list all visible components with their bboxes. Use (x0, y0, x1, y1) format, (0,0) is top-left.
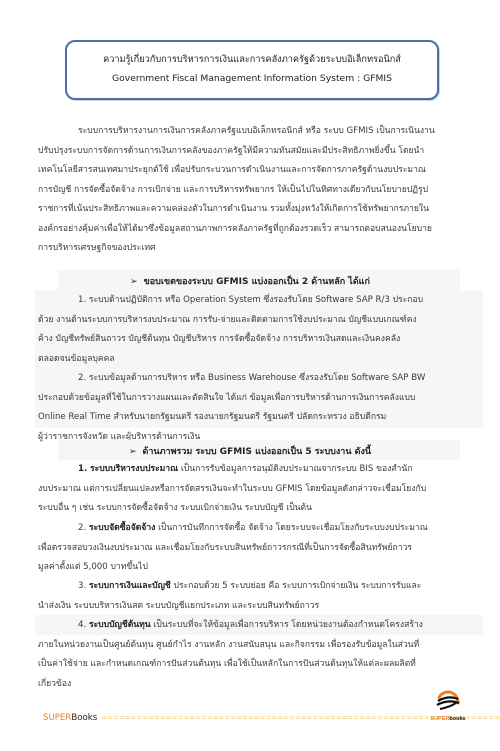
section2-heading-text: ด้านภาพรวม ระบบ GFMIS แบ่งออกเป็น 5 ระบบ… (143, 447, 371, 457)
system-item-text: เป็นการบันทึกการจัดซื้อ จัดจ้าง โดยระบบจ… (158, 523, 428, 533)
system-item-text: ประกอบด้วย 5 ระบบย่อย คือ ระบบการเบิกจ่า… (174, 581, 422, 591)
title-thai: ความรู้เกี่ยวกับการบริหารการเงินและการคล… (67, 52, 437, 67)
section2-heading: ➢ด้านภาพรวม ระบบ GFMIS แบ่งออกเป็น 5 ระบ… (0, 444, 500, 458)
system-item-line: งบประมาณ แต่การเปลี่ยนแปลงหรือการจัดสรรเ… (38, 480, 486, 500)
system-item-first-line: 3. ระบบการเงินและบัญชี ประกอบด้วย 5 ระบบ… (38, 577, 486, 597)
system-item-first-line: 1. ระบบบริหารงบประมาณ เป็นการรับข้อมูลกา… (38, 460, 486, 480)
system-item-line: ระบบอื่น ๆ เช่น ระบบการจัดซื้อจัดจ้าง ระ… (38, 499, 486, 519)
system-item-line: เกี่ยวข้อง (38, 675, 486, 695)
section1-item2-line: 2. ระบบข้อมูลด้านการบริหาร หรือ Business… (38, 369, 486, 389)
system-item-title: ระบบบัญชีต้นทุน (89, 620, 151, 630)
section1-item1-line: 1. ระบบด้านปฏิบัติการ หรือ Operation Sys… (38, 291, 486, 311)
intro-line: ระบบการบริหารงานการเงินการคลังภาครัฐแบบอ… (38, 122, 486, 142)
system-item-text: เป็นการรับข้อมูลการอนุมัติงบประมาณจากระบ… (181, 464, 413, 474)
footer-brand-super: SUPER (43, 713, 71, 723)
section1-item1-line: ตลอดจนข้อมูลบุคคล (38, 350, 486, 370)
intro-line: เทคโนโลยีสารสนเทศมาประยุกต์ใช้ เพื่อปรับ… (38, 161, 486, 181)
section1-item1-line: ด้วย งานด้านระบบการบริหารงบประมาณ การรับ… (38, 311, 486, 331)
section1-heading: ➢ขอบเขตของระบบ GFMIS แบ่งออกเป็น 2 ด้านห… (0, 274, 500, 288)
section1-item2-line: Online Real Time สำหรับนายกรัฐมนตรี รองน… (38, 408, 486, 428)
footer-brand-books: Books (71, 713, 97, 723)
system-item-title: ระบบบริหารงบประมาณ (90, 464, 178, 474)
superbooks-logo-icon: SUPERbooks (428, 689, 468, 723)
system-item-first-line: 4. ระบบบัญชีต้นทุน เป็นระบบที่จะให้ข้อมู… (38, 616, 486, 636)
system-item-finance-accounting: 3. ระบบการเงินและบัญชี ประกอบด้วย 5 ระบบ… (38, 577, 486, 616)
system-item-cost-accounting: 4. ระบบบัญชีต้นทุน เป็นระบบที่จะให้ข้อมู… (38, 616, 486, 694)
section1-item1-line: ค้าง บัญชีทรัพย์สินถาวร บัญชีต้นทุน บัญช… (38, 330, 486, 350)
system-item-title: ระบบจัดซื้อจัดจ้าง (89, 523, 155, 533)
system-item-line: มูลค่าตั้งแต่ 5,000 บาทขึ้นไป (38, 558, 486, 578)
arrow-bullet-icon: ➢ (129, 447, 137, 457)
section1-item2: 2. ระบบข้อมูลด้านการบริหาร หรือ Business… (38, 369, 486, 447)
system-item-number: 1. (78, 464, 87, 474)
intro-line: ปรับปรุงระบบการจัดการด้านการเงินการคลังข… (38, 142, 486, 162)
section1-item2-line: ประกอบด้วยข้อมูลที่ใช้ในการวางแผนและตัดส… (38, 389, 486, 409)
section1-heading-text: ขอบเขตของระบบ GFMIS แบ่งออกเป็น 2 ด้านหล… (144, 277, 370, 287)
logo-text: SUPERbooks (430, 716, 465, 722)
system-item-procurement: 2. ระบบจัดซื้อจัดจ้าง เป็นการบันทึกการจั… (38, 519, 486, 578)
system-item-number: 2. (78, 523, 86, 533)
section1-item1: 1. ระบบด้านปฏิบัติการ หรือ Operation Sys… (38, 291, 486, 369)
title-box: ความรู้เกี่ยวกับการบริหารการเงินและการคล… (65, 40, 439, 100)
intro-line: การบริหารเศรษฐกิจของประเทศ (38, 239, 486, 259)
system-item-line: ภายในหน่วยงานเป็นศูนย์ต้นทุน ศูนย์กำไร ง… (38, 636, 486, 656)
intro-line: การบัญชี การจัดซื้อจัดจ้าง การเบิกจ่าย แ… (38, 181, 486, 201)
intro-line: องค์กรอย่างคุ้มค่าเพื่อให้ได้มาซึ่งข้อมู… (38, 220, 486, 240)
system-item-number: 4. (78, 620, 86, 630)
system-item-line: เพื่อตรวจสอบวงเงินงบประมาณ และเชื่อมโยงก… (38, 539, 486, 559)
system-item-title: ระบบการเงินและบัญชี (89, 581, 171, 591)
system-item-line: เป็นค่าใช้จ่าย และกำหนดเกณฑ์การปันส่วนต้… (38, 655, 486, 675)
title-english: Government Fiscal Management Information… (67, 73, 437, 84)
system-item-text: เป็นระบบที่จะให้ข้อมูลเพื่อการบริหาร โดย… (153, 620, 423, 630)
system-item-first-line: 2. ระบบจัดซื้อจัดจ้าง เป็นการบันทึกการจั… (38, 519, 486, 539)
arrow-bullet-icon: ➢ (130, 277, 138, 287)
system-item-line: นำส่งเงิน ระบบบริหารเงินสด ระบบบัญชีแยกป… (38, 597, 486, 617)
system-item-number: 3. (78, 581, 86, 591)
system-item-budget: 1. ระบบบริหารงบประมาณ เป็นการรับข้อมูลกา… (38, 460, 486, 519)
intro-paragraph: ระบบการบริหารงานการเงินการคลังภาครัฐแบบอ… (38, 122, 486, 259)
intro-line: ราชการที่เน้นประสิทธิภาพและความคล่องตัวใ… (38, 200, 486, 220)
